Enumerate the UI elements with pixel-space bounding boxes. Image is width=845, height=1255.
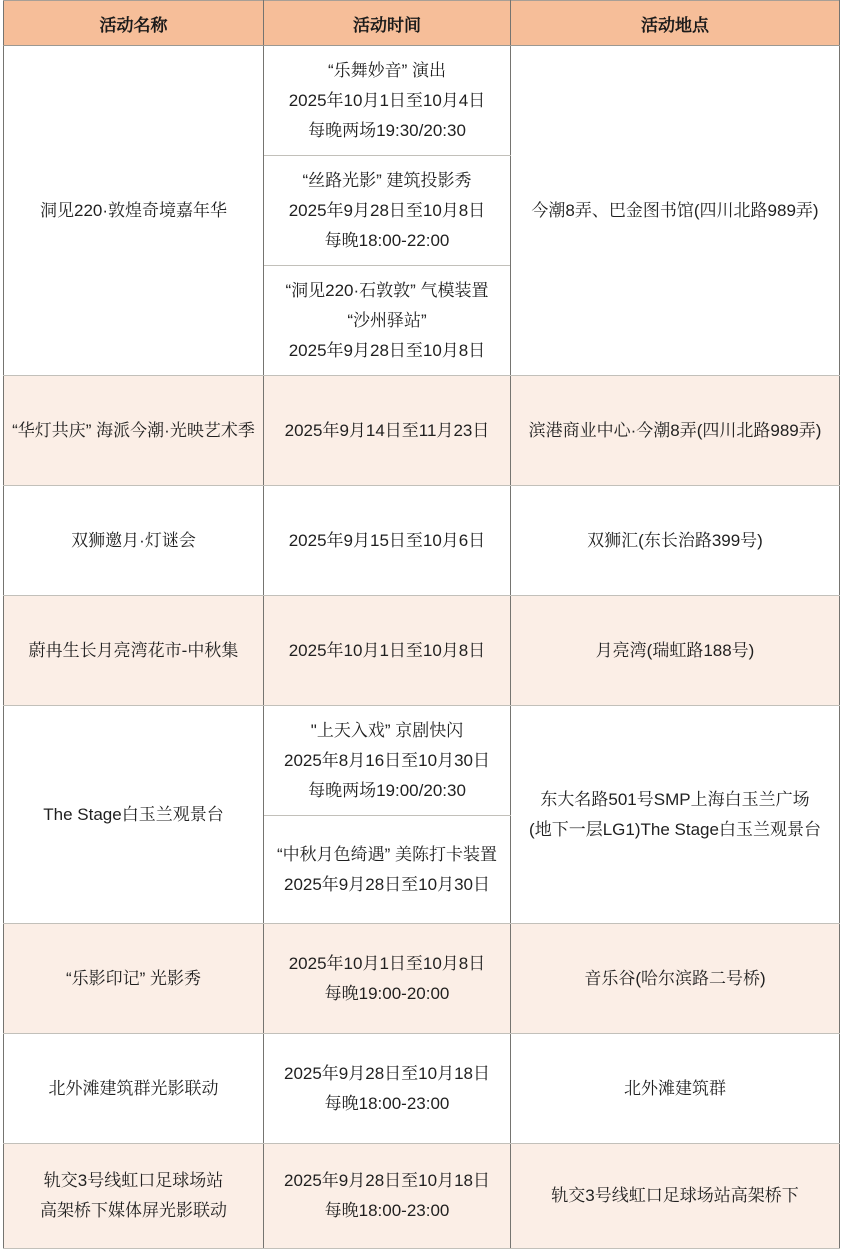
table-row: 双狮邀月·灯谜会 2025年9月15日至10月6日 双狮汇(东长治路399号) <box>4 486 840 596</box>
activity-name-cell: 蔚冉生长月亮湾花市-中秋集 <box>4 596 264 706</box>
activity-name-cell: 双狮邀月·灯谜会 <box>4 486 264 596</box>
table-row: 洞见220·敦煌奇境嘉年华 “乐舞妙音” 演出 2025年10月1日至10月4日… <box>4 46 840 156</box>
activity-time-cell: 2025年9月15日至10月6日 <box>264 486 511 596</box>
activity-location-cell: 音乐谷(哈尔滨路二号桥) <box>511 924 840 1034</box>
activity-name-cell: The Stage白玉兰观景台 <box>4 706 264 924</box>
activity-time-cell: 2025年10月1日至10月8日 每晚19:00-20:00 <box>264 924 511 1034</box>
column-header-activity-name: 活动名称 <box>4 1 264 46</box>
activity-location-cell: 东大名路501号SMP上海白玉兰广场 (地下一层LG1)The Stage白玉兰… <box>511 706 840 924</box>
activity-time-cell: 2025年9月28日至10月18日 每晚18:00-23:00 <box>264 1144 511 1249</box>
activity-name-cell: 北外滩建筑群光影联动 <box>4 1034 264 1144</box>
activity-location-cell: 今潮8弄、巴金图书馆(四川北路989弄) <box>511 46 840 376</box>
table-row: 北外滩建筑群光影联动 2025年9月28日至10月18日 每晚18:00-23:… <box>4 1034 840 1144</box>
activity-location-cell: 双狮汇(东长治路399号) <box>511 486 840 596</box>
table-row: 轨交3号线虹口足球场站 高架桥下媒体屏光影联动 2025年9月28日至10月18… <box>4 1144 840 1249</box>
table-row: “乐影印记” 光影秀 2025年10月1日至10月8日 每晚19:00-20:0… <box>4 924 840 1034</box>
activity-location-cell: 轨交3号线虹口足球场站高架桥下 <box>511 1144 840 1249</box>
activity-name-cell: 轨交3号线虹口足球场站 高架桥下媒体屏光影联动 <box>4 1144 264 1249</box>
column-header-activity-location: 活动地点 <box>511 1 840 46</box>
activity-time-cell: “中秋月色绮遇” 美陈打卡装置 2025年9月28日至10月30日 <box>264 816 511 924</box>
activity-time-cell: “乐舞妙音” 演出 2025年10月1日至10月4日 每晚两场19:30/20:… <box>264 46 511 156</box>
column-header-activity-time: 活动时间 <box>264 1 511 46</box>
events-table-page: 活动名称 活动时间 活动地点 洞见220·敦煌奇境嘉年华 “乐舞妙音” 演出 2… <box>0 0 845 1255</box>
table-row: “华灯共庆” 海派今潮·光映艺术季 2025年9月14日至11月23日 滨港商业… <box>4 376 840 486</box>
table-row: The Stage白玉兰观景台 "上天入戏” 京剧快闪 2025年8月16日至1… <box>4 706 840 816</box>
table-header-row: 活动名称 活动时间 活动地点 <box>4 1 840 46</box>
table-row: 蔚冉生长月亮湾花市-中秋集 2025年10月1日至10月8日 月亮湾(瑞虹路18… <box>4 596 840 706</box>
activity-time-cell: "上天入戏” 京剧快闪 2025年8月16日至10月30日 每晚两场19:00/… <box>264 706 511 816</box>
activity-time-cell: 2025年10月1日至10月8日 <box>264 596 511 706</box>
activity-location-cell: 北外滩建筑群 <box>511 1034 840 1144</box>
activity-name-cell: “华灯共庆” 海派今潮·光映艺术季 <box>4 376 264 486</box>
activity-location-cell: 滨港商业中心·今潮8弄(四川北路989弄) <box>511 376 840 486</box>
events-table: 活动名称 活动时间 活动地点 洞见220·敦煌奇境嘉年华 “乐舞妙音” 演出 2… <box>3 0 840 1249</box>
activity-time-cell: 2025年9月14日至11月23日 <box>264 376 511 486</box>
activity-name-cell: “乐影印记” 光影秀 <box>4 924 264 1034</box>
activity-location-cell: 月亮湾(瑞虹路188号) <box>511 596 840 706</box>
activity-time-cell: “丝路光影” 建筑投影秀 2025年9月28日至10月8日 每晚18:00-22… <box>264 156 511 266</box>
activity-name-cell: 洞见220·敦煌奇境嘉年华 <box>4 46 264 376</box>
activity-time-cell: “洞见220·石敦敦” 气模装置 “沙州驿站” 2025年9月28日至10月8日 <box>264 266 511 376</box>
activity-time-cell: 2025年9月28日至10月18日 每晚18:00-23:00 <box>264 1034 511 1144</box>
